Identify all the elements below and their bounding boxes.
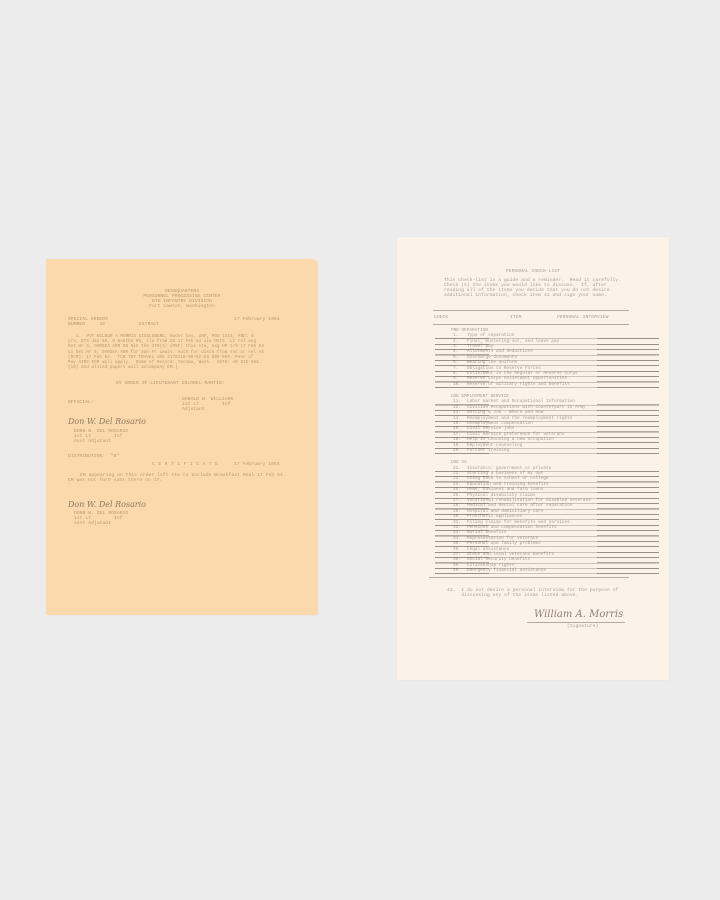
item-number: 3. — [453, 344, 458, 349]
interview-blank — [597, 387, 659, 388]
item-label: Emergency financial assistance — [467, 568, 546, 573]
checklist-signature: William A. Morris — [534, 609, 623, 620]
item-number: 20. — [453, 448, 461, 453]
item-label: Type of separation — [467, 333, 514, 338]
by-order-line: BY ORDER OF LIEUTENANT COLONEL MARTIN: — [116, 381, 225, 386]
checklist-title: PERSONAL CHECK-LIST — [397, 269, 669, 274]
item-label: Representation for veterans — [467, 536, 538, 541]
item-label: Hospital and domiciliary care — [467, 509, 543, 514]
signature-1: Don W. Del Rosario — [68, 417, 146, 426]
item-number: 1. — [453, 333, 458, 338]
item-number: 18. — [453, 437, 461, 442]
certificate-title: C E R T I F I C A T E — [152, 462, 218, 467]
item-label: Further training — [467, 448, 509, 453]
item-label: State and local veterans benefits — [467, 552, 554, 557]
orders-number: NUMBER 42 — [68, 322, 105, 327]
item-number: 2. — [453, 339, 458, 344]
header-line-4: Fort Lawton, Washington — [46, 304, 318, 309]
item-label: Burial benefits — [467, 530, 507, 535]
item-label: Starting a business of my own — [467, 471, 543, 476]
header-top-rule — [433, 310, 629, 311]
check-blank — [435, 387, 489, 388]
item-label: Enlistment in the Regular or Reserve Cor… — [467, 371, 578, 376]
item-number: 37. — [453, 552, 461, 557]
paragraph-line: (15) and allied papers will accompany EM… — [68, 366, 178, 371]
item-number: 4. — [453, 349, 458, 354]
item-label: Reemployment and the reemployment rights — [467, 416, 572, 421]
item-number: 33. — [453, 530, 461, 535]
item-number: 23. — [453, 476, 461, 481]
item-number: 36. — [453, 547, 461, 552]
item-label: Citizenship rights — [467, 563, 514, 568]
signature-line — [527, 622, 625, 623]
column-check: CHECK — [434, 315, 448, 320]
item-label: Allotments and deductions — [467, 349, 533, 354]
item-label: Employment counseling — [467, 443, 522, 448]
item-number: 14. — [453, 416, 461, 421]
item-label: Going back to school or college — [467, 476, 549, 481]
item-number: 35. — [453, 541, 461, 546]
certificate-date: 17 February 1954 — [234, 462, 280, 467]
item-label: Reserve corps enlistment opportunities — [467, 376, 567, 381]
item-number: 12. — [453, 405, 461, 410]
column-interview: PERSONAL INTERVIEW — [557, 315, 608, 320]
signatory-title: Adjutant — [182, 407, 205, 412]
item-number: 22. — [453, 471, 461, 476]
item-number: 8. — [453, 371, 458, 376]
column-item: ITEM — [510, 315, 521, 320]
checklist-row: 10.Reserve of military rights and benefi… — [397, 382, 669, 387]
item-label: Social Security benefits — [467, 557, 530, 562]
item-number: 10. — [453, 382, 461, 387]
item-number: 29. — [453, 509, 461, 514]
item-number: 7. — [453, 366, 458, 371]
orders-date: 17 February 1954 — [234, 317, 280, 322]
item-number: 15. — [453, 421, 461, 426]
item-label: Physical disability claims — [467, 493, 536, 498]
item-number: 21. — [453, 466, 461, 471]
check-blank — [435, 573, 489, 574]
item-label: Getting a Job - Where and How — [467, 410, 543, 415]
item-label: Civilian Occupations with Counterpart in… — [467, 405, 586, 410]
item-label: Personal and family problems — [467, 541, 541, 546]
item-number: 11. — [453, 399, 461, 404]
item-label: Labor market and Occupational Informatio… — [467, 399, 575, 404]
official-label: OFFICIAL: — [68, 400, 94, 405]
item-number: 28. — [453, 503, 461, 508]
item-number: 9. — [453, 376, 458, 381]
item-number: 24. — [453, 482, 461, 487]
item-number: 34. — [453, 536, 461, 541]
item-number: 27. — [453, 498, 461, 503]
table-end-rule — [429, 577, 629, 578]
item-number: 40. — [453, 568, 461, 573]
item-number: 25. — [453, 487, 461, 492]
item-label: Discharge documents — [467, 355, 517, 360]
item-label: Vocational rehabilitation for disabled v… — [467, 498, 591, 503]
item-label: Medical and dental care after separation — [467, 503, 572, 508]
interview-blank — [597, 453, 659, 454]
item-number: 6. — [453, 360, 458, 365]
item-label: Civil Service preference for veterans — [467, 432, 565, 437]
item-number: 39. — [453, 563, 461, 568]
countersign-2-title: Asst Adjutant — [74, 521, 111, 526]
item-number: 26. — [453, 493, 461, 498]
header-bottom-rule — [433, 324, 629, 325]
extract-label: EXTRACT — [139, 322, 159, 327]
item-label: Filing claims for benefits and services — [467, 520, 570, 525]
item-label: Legal assistance — [467, 547, 509, 552]
item-label: Obligation to Reserve Forces — [467, 366, 541, 371]
special-orders-document: HEADQUARTERS PERSONNEL PROCESSING CENTER… — [46, 259, 318, 615]
signature-caption: (Signature) — [567, 624, 598, 629]
item-number: 5. — [453, 355, 458, 360]
final-item-line-2: discussing any of the items listed above… — [447, 593, 578, 598]
item-label: Wearing the uniform — [467, 360, 517, 365]
item-label: Reserve of military rights and benefits — [467, 382, 570, 387]
item-number: 13. — [453, 410, 461, 415]
item-label: Insurance: government or private — [467, 466, 551, 471]
item-number: 32. — [453, 525, 461, 530]
item-label: Prosthetic appliances — [467, 514, 522, 519]
item-number: 31. — [453, 520, 461, 525]
item-number: 16. — [453, 426, 461, 431]
checklist-row: 40.Emergency financial assistance — [397, 568, 669, 573]
personal-checklist-document: PERSONAL CHECK-LIST This check-list is a… — [397, 237, 669, 680]
signature-2: Don W. Del Rosario — [68, 500, 146, 509]
item-label: Education and training benefits — [467, 482, 549, 487]
item-number: 30. — [453, 514, 461, 519]
item-number: 19. — [453, 443, 461, 448]
distribution-line: DISTRIBUTION: "B" — [68, 454, 119, 459]
certificate-line-2: EM was not furn subs there on 17. — [68, 478, 162, 483]
item-label: Pensions and compensation benefits — [467, 525, 557, 530]
item-number: 38. — [453, 557, 461, 562]
item-label: Final, mustering-out, and leave pay — [467, 339, 559, 344]
item-label: Help in choosing a new occupation — [467, 437, 554, 442]
item-label: Unemployment compensation — [467, 421, 533, 426]
item-label: Travel pay — [467, 344, 493, 349]
item-label: Civil Service jobs — [467, 426, 514, 431]
countersign-title: Asst Adjutant — [74, 439, 111, 444]
checklist-row: 20.Further training — [397, 448, 669, 453]
item-number: 17. — [453, 432, 461, 437]
interview-blank — [597, 573, 659, 574]
intro-line-4: additional information, check item 41 an… — [444, 293, 607, 298]
item-label: Home, business and farm loans — [467, 487, 543, 492]
check-blank — [435, 453, 489, 454]
